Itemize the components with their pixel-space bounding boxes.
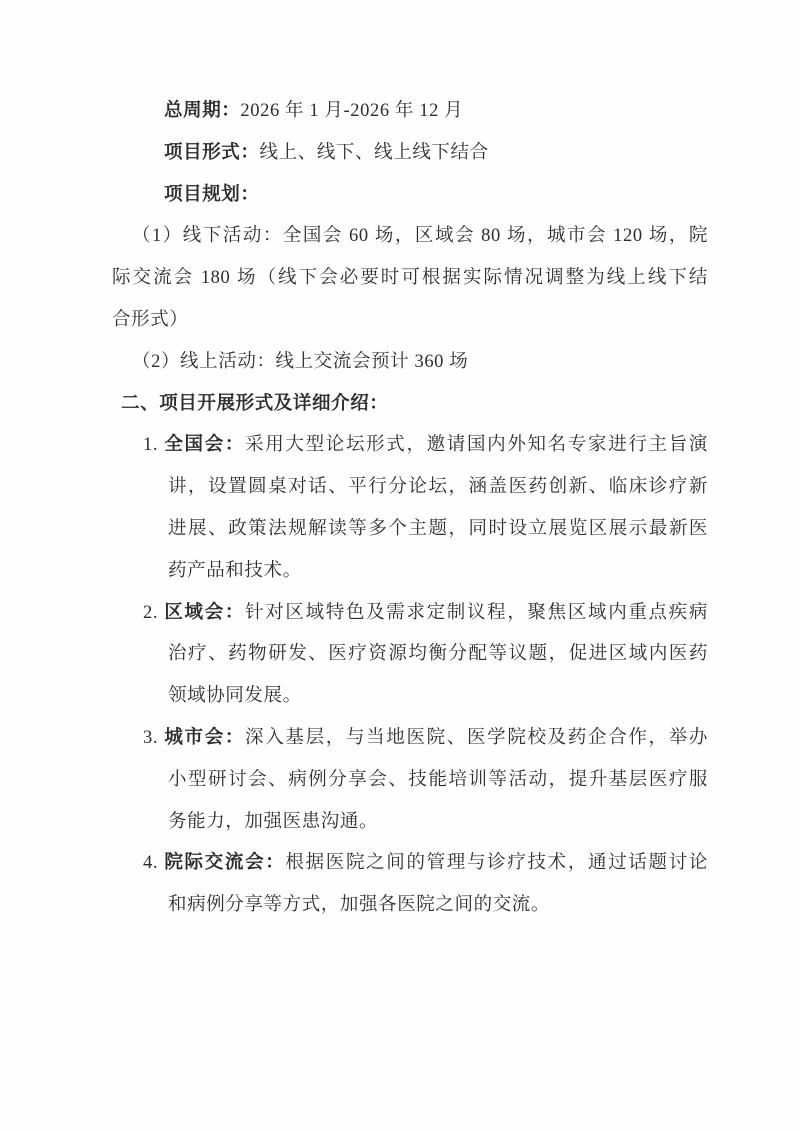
bold-label-text: 院际交流会： <box>164 853 285 873</box>
body-text: 合形式） <box>112 310 188 330</box>
body-text: 2026 年 1 月-2026 年 12 月 <box>240 101 463 121</box>
item2-regional-line2: 治疗、药物研发、医疗资源均衡分配等议题，促进区域内医药 <box>168 634 708 676</box>
body-text: 根据医院之间的管理与诊疗技术，通过话题讨论 <box>285 853 708 873</box>
body-text: 3. <box>143 728 164 748</box>
bold-label-text: 区域会： <box>164 603 245 623</box>
body-text: 2. <box>143 603 164 623</box>
line-project-plan: 项目规划： <box>164 175 708 217</box>
line-offline-activities-2: 际交流会 180 场（线下会必要时可根据实际情况调整为线上线下结 <box>112 258 708 300</box>
body-text: 讲，设置圆桌对话、平行分论坛，涵盖医药创新、临床诊疗新 <box>168 477 708 497</box>
body-text: 深入基层，与当地医院、医学院校及药企合作，举办 <box>245 728 708 748</box>
bold-label-text: 总周期： <box>164 101 240 121</box>
bold-label-text: 二、项目开展形式及详细介绍： <box>121 394 388 414</box>
body-text: 药产品和技术。 <box>168 561 302 581</box>
body-text: 进展、政策法规解读等多个主题，同时设立展览区展示最新医 <box>168 519 708 539</box>
body-text: 领域协同发展。 <box>168 686 302 706</box>
item1-national-line2: 讲，设置圆桌对话、平行分论坛，涵盖医药创新、临床诊疗新 <box>168 467 708 509</box>
item2-regional-line1: 2. 区域会：针对区域特色及需求定制议程，聚焦区域内重点疾病 <box>143 593 708 635</box>
item4-interhospital-line2: 和病例分享等方式，加强各医院之间的交流。 <box>168 885 708 927</box>
body-text: 和病例分享等方式，加强各医院之间的交流。 <box>168 895 550 915</box>
heading-section-two: 二、项目开展形式及详细介绍： <box>121 384 708 426</box>
body-text: 线上、线下、线上线下结合 <box>260 143 489 163</box>
line-online-activities: （2）线上活动：线上交流会预计 360 场 <box>132 342 708 384</box>
body-text: 4. <box>143 853 164 873</box>
body-text: （2）线上活动：线上交流会预计 360 场 <box>132 352 468 372</box>
document-text-block: 总周期：2026 年 1 月-2026 年 12 月项目形式：线上、线下、线上线… <box>112 91 708 927</box>
item1-national-line1: 1. 全国会：采用大型论坛形式，邀请国内外知名专家进行主旨演 <box>143 425 708 467</box>
body-text: 治疗、药物研发、医疗资源均衡分配等议题，促进区域内医药 <box>168 644 708 664</box>
bold-label-text: 全国会： <box>164 435 245 455</box>
line-total-period: 总周期：2026 年 1 月-2026 年 12 月 <box>164 91 708 133</box>
line-project-format: 项目形式：线上、线下、线上线下结合 <box>164 133 708 175</box>
document-page: 总周期：2026 年 1 月-2026 年 12 月项目形式：线上、线下、线上线… <box>0 0 800 1131</box>
bold-label-text: 项目形式： <box>164 143 260 163</box>
item3-city-line1: 3. 城市会：深入基层，与当地医院、医学院校及药企合作，举办 <box>143 718 708 760</box>
body-text: 际交流会 180 场（线下会必要时可根据实际情况调整为线上线下结 <box>112 268 708 288</box>
body-text: 采用大型论坛形式，邀请国内外知名专家进行主旨演 <box>245 435 708 455</box>
item3-city-line3: 务能力，加强医患沟通。 <box>168 802 708 844</box>
item2-regional-line3: 领域协同发展。 <box>168 676 708 718</box>
scanned-document-screenshot: { "document": { "lines": [ {"name":"line… <box>0 0 800 1131</box>
bold-label-text: 项目规划： <box>164 185 260 205</box>
line-offline-activities-3: 合形式） <box>112 300 708 342</box>
line-offline-activities-1: （1）线下活动：全国会 60 场，区域会 80 场，城市会 120 场，院 <box>132 216 708 258</box>
item3-city-line2: 小型研讨会、病例分享会、技能培训等活动，提升基层医疗服 <box>168 760 708 802</box>
body-text: 1. <box>143 435 164 455</box>
bold-label-text: 城市会： <box>164 728 245 748</box>
body-text: 针对区域特色及需求定制议程，聚焦区域内重点疾病 <box>245 603 708 623</box>
item1-national-line4: 药产品和技术。 <box>168 551 708 593</box>
item1-national-line3: 进展、政策法规解读等多个主题，同时设立展览区展示最新医 <box>168 509 708 551</box>
body-text: 务能力，加强医患沟通。 <box>168 812 378 832</box>
body-text: 小型研讨会、病例分享会、技能培训等活动，提升基层医疗服 <box>168 770 708 790</box>
body-text: （1）线下活动：全国会 60 场，区域会 80 场，城市会 120 场，院 <box>132 226 708 246</box>
item4-interhospital-line1: 4. 院际交流会：根据医院之间的管理与诊疗技术，通过话题讨论 <box>143 843 708 885</box>
